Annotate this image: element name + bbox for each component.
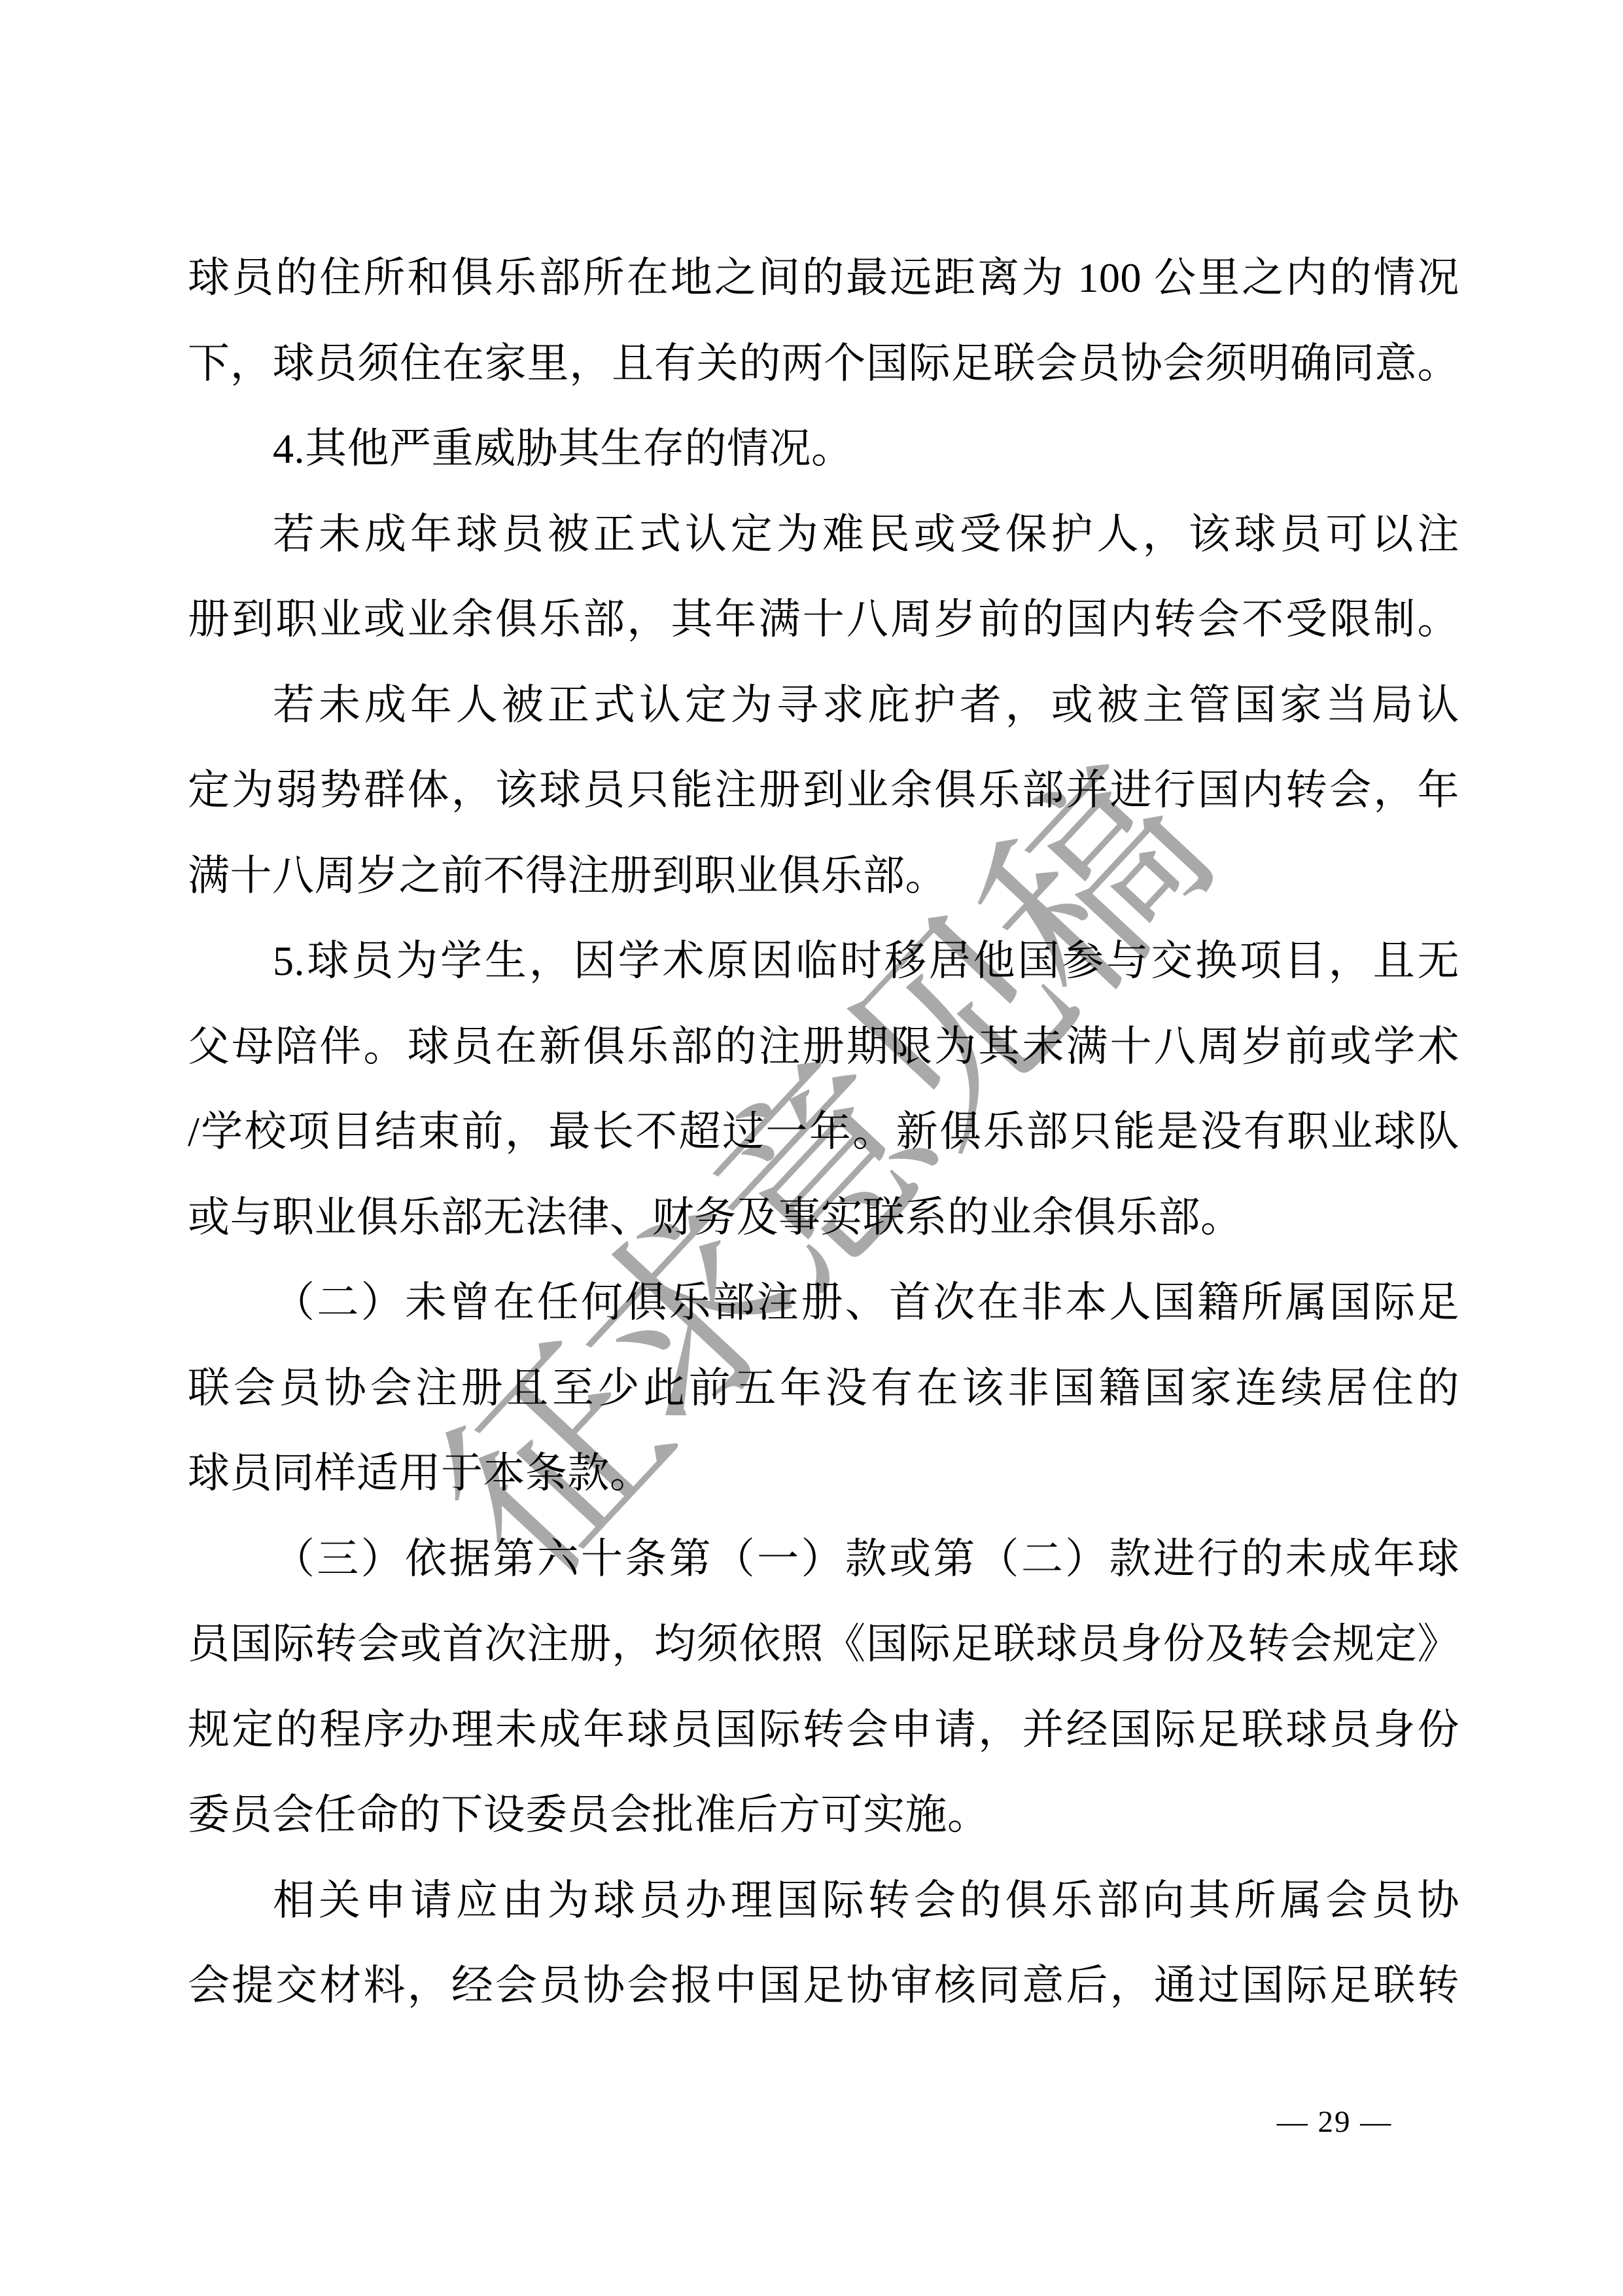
text-line: 若未成年人被正式认定为寻求庇护者，或被主管国家当局认 <box>188 663 1459 749</box>
text-line: 或与职业俱乐部无法律、财务及事实联系的业余俱乐部。 <box>188 1175 1459 1261</box>
text-line: 球员同样适用于本条款。 <box>188 1431 1459 1517</box>
text-line: 委员会任命的下设委员会批准后方可实施。 <box>188 1773 1459 1858</box>
text-line: 若未成年球员被正式认定为难民或受保护人，该球员可以注 <box>188 492 1459 578</box>
text-line: 球员的住所和俱乐部所在地之间的最远距离为 100 公里之内的情况 <box>188 236 1459 321</box>
body-text: 球员的住所和俱乐部所在地之间的最远距离为 100 公里之内的情况 下，球员须住在… <box>188 236 1459 2029</box>
text-line: 5.球员为学生，因学术原因临时移居他国参与交换项目，且无 <box>188 919 1459 1004</box>
text-line: 册到职业或业余俱乐部，其年满十八周岁前的国内转会不受限制。 <box>188 577 1459 663</box>
text-line: （三）依据第六十条第（一）款或第（二）款进行的未成年球 <box>188 1517 1459 1602</box>
text-line: 员国际转会或首次注册，均须依照《国际足联球员身份及转会规定》 <box>188 1602 1459 1687</box>
text-line: 定为弱势群体，该球员只能注册到业余俱乐部并进行国内转会，年 <box>188 748 1459 834</box>
text-line: 规定的程序办理未成年球员国际转会申请，并经国际足联球员身份 <box>188 1687 1459 1773</box>
text-line: 相关申请应由为球员办理国际转会的俱乐部向其所属会员协 <box>188 1858 1459 1944</box>
text-line: 满十八周岁之前不得注册到职业俱乐部。 <box>188 834 1459 919</box>
document-page: 征求意见稿 球员的住所和俱乐部所在地之间的最远距离为 100 公里之内的情况 下… <box>0 0 1623 2296</box>
text-line: 下，球员须住在家里，且有关的两个国际足联会员协会须明确同意。 <box>188 321 1459 407</box>
text-line: （二）未曾在任何俱乐部注册、首次在非本人国籍所属国际足 <box>188 1260 1459 1346</box>
text-line: 4.其他严重威胁其生存的情况。 <box>188 406 1459 492</box>
text-line: 会提交材料，经会员协会报中国足协审核同意后，通过国际足联转 <box>188 1943 1459 2029</box>
text-line: /学校项目结束前，最长不超过一年。新俱乐部只能是没有职业球队 <box>188 1089 1459 1175</box>
text-line: 父母陪伴。球员在新俱乐部的注册期限为其未满十八周岁前或学术 <box>188 1004 1459 1090</box>
text-line: 联会员协会注册且至少此前五年没有在该非国籍国家连续居住的 <box>188 1346 1459 1432</box>
page-number: — 29 — <box>1243 2093 1426 2151</box>
